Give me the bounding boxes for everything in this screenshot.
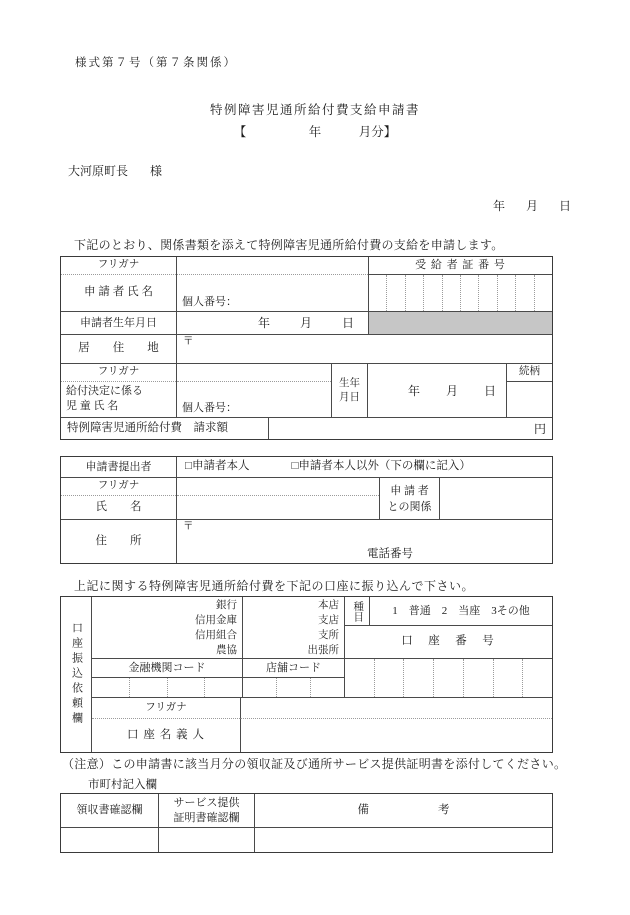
receipt-check-header: 領収書確認欄 xyxy=(61,794,158,827)
holder-name-label: 口 座 名 義 人 xyxy=(92,719,240,752)
checkbox-applicant-other: □申請者本人以外（下の欄に記入） xyxy=(291,461,470,473)
branch-shisho-label: 支所 xyxy=(318,628,339,643)
phone-number-label: 電話番号 xyxy=(367,549,413,561)
date-month-label: 月 xyxy=(526,200,538,212)
submitter-relation-label-line2: との関係 xyxy=(388,499,432,515)
submitter-furigana-field xyxy=(177,478,379,496)
child-birth-day-label: 日 xyxy=(484,385,496,397)
intro-sentence: 下記のとおり、関係書類を添えて特例障害児通所給付費の支給を申請します。 xyxy=(74,239,504,251)
submitter-furigana-label: フリガナ xyxy=(61,478,176,496)
institution-shinkin-label: 信用金庫 xyxy=(195,613,237,628)
residence-label: 居 住 地 xyxy=(61,335,176,363)
form-page: 様式第７号（第７条関係） 特例障害児通所給付費支給申請書 【 年 月分】 大河原… xyxy=(0,0,630,915)
account-number-cells xyxy=(345,659,552,697)
remarks-header: 備 考 xyxy=(254,794,552,827)
residence-field: 〒 xyxy=(176,335,552,363)
municipal-heading: 市町村記入欄 xyxy=(88,780,157,792)
service-check-field xyxy=(158,828,254,852)
period-line: 【 年 月分】 xyxy=(0,126,630,139)
institution-bank-label: 銀行 xyxy=(216,598,237,613)
branch-shiten-label: 支店 xyxy=(318,613,339,628)
municipal-table: 領収書確認欄 サービス提供 証明書確認欄 備 考 xyxy=(60,793,553,853)
applicant-birthdate-field: 年 月 日 xyxy=(176,312,368,334)
child-name-label-line1: 給付決定に係る xyxy=(66,384,176,399)
page-title: 特例障害児通所給付費支給申請書 xyxy=(0,104,630,117)
claim-amount-field: 円 xyxy=(268,418,552,439)
service-check-header-line2: 証明書確認欄 xyxy=(174,811,240,826)
submitter-table: 申請書提出者 □申請者本人 □申請者本人以外（下の欄に記入） フリガナ 氏 名 … xyxy=(60,456,553,564)
child-furigana-field xyxy=(177,364,331,382)
shaded-cell xyxy=(368,312,552,334)
child-birthdate-label-line2: 月日 xyxy=(339,391,360,405)
submitter-name-field xyxy=(177,496,379,519)
attachment-note: （注意）この申請書に該当月分の領収証及び通所サービス提供証明書を添付してください… xyxy=(62,758,566,770)
child-birthdate-field: 年 月 日 xyxy=(367,364,506,417)
branch-honten-label: 本店 xyxy=(318,598,339,613)
relation-field xyxy=(507,382,552,417)
applicant-name-label: 申 請 者 氏 名 xyxy=(61,275,176,311)
recipient-cert-number-label: 受 給 者 証 番 号 xyxy=(369,257,552,275)
bank-vertical-label: 口座振込依頼欄 xyxy=(71,622,82,727)
submitter-address-field: 〒 電話番号 xyxy=(176,520,552,563)
child-name-label-line2: 児 童 氏 名 xyxy=(66,399,176,414)
service-check-header-line1: サービス提供 xyxy=(174,796,240,811)
branch-code-label: 店舗コード xyxy=(243,659,344,678)
child-birth-month-label: 月 xyxy=(446,385,458,397)
child-birthdate-label-line1: 生年 xyxy=(339,377,360,391)
submitter-row-label: 申請書提出者 xyxy=(61,457,176,477)
branch-types: 本店 支店 支所 出張所 xyxy=(242,597,344,658)
holder-furigana-field xyxy=(240,698,552,719)
submitter-options: □申請者本人 □申請者本人以外（下の欄に記入） xyxy=(176,457,552,477)
postal-mark: 〒 xyxy=(183,336,194,347)
recipient-cert-number-cells xyxy=(369,275,552,311)
claim-amount-label: 特例障害児通所給付費 請求額 xyxy=(61,418,268,439)
date-day-label: 日 xyxy=(559,200,571,212)
institution-nokyo-label: 農協 xyxy=(216,643,237,658)
branch-code-cells xyxy=(243,678,344,697)
holder-name-field xyxy=(240,719,552,752)
submitter-address-label: 住 所 xyxy=(61,520,176,563)
currency-yen-label: 円 xyxy=(534,423,546,435)
addressee-honorific: 様 xyxy=(150,164,162,178)
bank-intro-sentence: 上記に関する特例障害児通所給付費を下記の口座に振り込んで下さい。 xyxy=(74,580,474,592)
bank-code-cells xyxy=(92,678,242,697)
applicant-table: フリガナ 申 請 者 氏 名 個人番号： 受 給 者 証 番 号 申請者生年月日… xyxy=(60,256,553,440)
birth-day-label: 日 xyxy=(342,317,354,329)
relation-header-label: 続柄 xyxy=(507,364,552,382)
checkbox-applicant-self: □申請者本人 xyxy=(185,461,249,473)
submitter-name-label: 氏 名 xyxy=(61,496,176,519)
branch-shutchojo-label: 出張所 xyxy=(308,643,340,658)
submitter-postal-mark: 〒 xyxy=(183,522,194,533)
account-type-options: 1 普通 2 当座 3その他 xyxy=(369,597,552,625)
date-year-label: 年 xyxy=(493,200,505,212)
applicant-furigana-label: フリガナ xyxy=(61,257,176,275)
holder-furigana-label: フリガナ xyxy=(92,698,240,719)
applicant-furigana-field xyxy=(177,257,368,275)
institution-types: 銀行 信用金庫 信用組合 農協 xyxy=(92,597,242,658)
submitter-relation-label-line1: 申 請 者 xyxy=(390,483,429,499)
account-type-label: 種目 xyxy=(352,601,363,622)
applicant-birthdate-label: 申請者生年月日 xyxy=(61,312,176,334)
addressee-line: 大河原町長様 xyxy=(68,165,162,177)
child-birth-year-label: 年 xyxy=(408,385,420,397)
child-personal-number-label: 個人番号： xyxy=(177,382,331,417)
bank-code-label: 金融機関コード xyxy=(92,659,242,678)
institution-kumiai-label: 信用組合 xyxy=(195,628,237,643)
remarks-field xyxy=(254,828,552,852)
applicant-personal-number-label: 個人番号： xyxy=(177,275,368,311)
application-date-line: 年 月 日 xyxy=(493,200,571,212)
addressee-name: 大河原町長 xyxy=(68,164,128,178)
birth-month-label: 月 xyxy=(300,317,312,329)
birth-year-label: 年 xyxy=(258,317,270,329)
form-number: 様式第７号（第７条関係） xyxy=(75,58,237,70)
bank-transfer-table: 口座振込依頼欄 銀行 信用金庫 信用組合 農協 本店 支店 支所 出張所 xyxy=(60,596,553,753)
submitter-relation-field xyxy=(439,478,552,519)
child-furigana-label: フリガナ xyxy=(61,364,176,382)
account-number-header: 口 座 番 号 xyxy=(345,625,552,658)
receipt-check-field xyxy=(61,828,158,852)
